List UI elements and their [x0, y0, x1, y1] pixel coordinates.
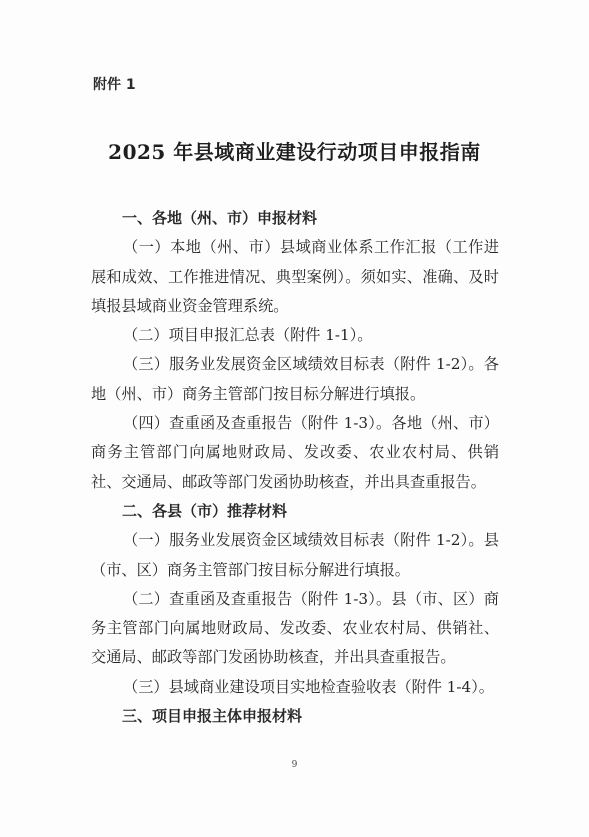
attachment-label: 附件 1: [93, 74, 136, 94]
document-title: 2025 年县域商业建设行动项目申报指南: [0, 136, 589, 165]
section-2-item-3: （三）县域商业建设项目实地检查验收表（附件 1-4）。: [91, 673, 499, 702]
section-2-item-1: （一）服务业发展资金区域绩效目标表（附件 1-2）。县（市、区）商务主管部门按目…: [91, 526, 499, 585]
section-1-item-1: （一）本地（州、市）县域商业体系工作汇报（工作进展和成效、工作推进情况、典型案例…: [91, 233, 499, 321]
section-heading-3: 三、项目申报主体申报材料: [91, 702, 499, 731]
document-page: 附件 1 2025 年县域商业建设行动项目申报指南 一、各地（州、市）申报材料 …: [0, 0, 589, 837]
section-heading-2: 二、各县（市）推荐材料: [91, 497, 499, 526]
section-2-item-2: （二）查重函及查重报告（附件 1-3）。县（市、区）商务主管部门向属地财政局、发…: [91, 585, 499, 673]
section-1-item-2: （二）项目申报汇总表（附件 1-1）。: [91, 321, 499, 350]
section-1-item-4: （四）查重函及查重报告（附件 1-3）。各地（州、市）商务主管部门向属地财政局、…: [91, 409, 499, 497]
page-number: 9: [0, 760, 589, 770]
section-1-item-3: （三）服务业发展资金区域绩效目标表（附件 1-2）。各地（州、市）商务主管部门按…: [91, 350, 499, 409]
section-heading-1: 一、各地（州、市）申报材料: [91, 204, 499, 233]
document-body: 一、各地（州、市）申报材料 （一）本地（州、市）县域商业体系工作汇报（工作进展和…: [91, 204, 499, 731]
